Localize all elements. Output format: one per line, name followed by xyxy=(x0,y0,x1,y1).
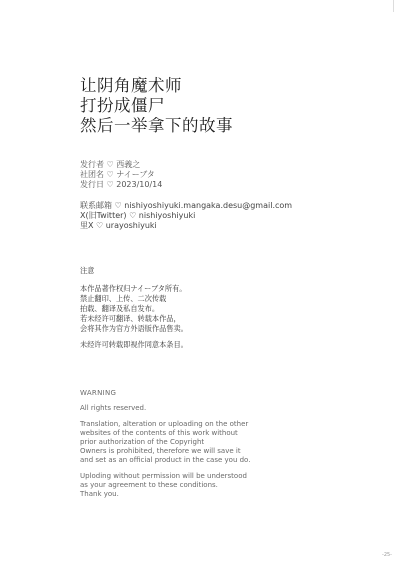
rights-line: All rights reserved. xyxy=(80,404,250,413)
warning-line: Thank you. xyxy=(80,490,250,499)
warning-line: prior authorization of the Copyright xyxy=(80,438,250,447)
warning-line: as your agreement to these conditions. xyxy=(80,481,250,490)
title-line-3: 然后一举拿下的故事 xyxy=(80,116,233,136)
page-number: -25- xyxy=(382,552,392,558)
alt-account-line: 里X ♡ urayoshiyuki xyxy=(80,221,292,231)
warning-line: Owners is prohibited, therefore we will … xyxy=(80,447,250,456)
warning-line: Translation, alteration or uploading on … xyxy=(80,420,250,429)
document-page: 让阴角魔术师 打扮成僵尸 然后一举拿下的故事 发行者 ♡ 西義之 社团名 ♡ ナ… xyxy=(0,0,400,565)
warning-line: websites of the contents of this work wi… xyxy=(80,429,250,438)
notice-title: 注意 xyxy=(80,266,188,276)
notice-line: 会将其作为官方外语版作品售卖。 xyxy=(80,324,188,334)
warning-section: WARNING All rights reserved. Translation… xyxy=(80,389,250,499)
notice-section: 注意 本作品著作权归ナイーブタ所有。 禁止翻印、上传、二次传载 拍载、翻译及私自… xyxy=(80,266,188,350)
book-title: 让阴角魔术师 打扮成僵尸 然后一举拿下的故事 xyxy=(80,76,233,136)
notice-footer: 未经许可转载即视作同意本条目。 xyxy=(80,340,188,350)
contact-info: 联系邮箱 ♡ nishiyoshiyuki.mangaka.desu@gmail… xyxy=(80,201,292,231)
title-line-1: 让阴角魔术师 xyxy=(80,76,233,96)
publisher-line: 发行者 ♡ 西義之 xyxy=(80,160,162,170)
notice-line: 禁止翻印、上传、二次传载 xyxy=(80,294,188,304)
email-line: 联系邮箱 ♡ nishiyoshiyuki.mangaka.desu@gmail… xyxy=(80,201,292,211)
twitter-line: X(旧Twitter) ♡ nishiyoshiyuki xyxy=(80,211,292,221)
warning-line: Uploding without permission will be unde… xyxy=(80,472,250,481)
notice-line: 若未经许可翻译、转载本作品， xyxy=(80,314,188,324)
page-edge-mark xyxy=(393,0,400,12)
circle-line: 社团名 ♡ ナイーブタ xyxy=(80,170,162,180)
warning-line: and set as an official product in the ca… xyxy=(80,456,250,465)
notice-line: 本作品著作权归ナイーブタ所有。 xyxy=(80,284,188,294)
warning-title: WARNING xyxy=(80,389,250,398)
date-line: 发行日 ♡ 2023/10/14 xyxy=(80,180,162,190)
title-line-2: 打扮成僵尸 xyxy=(80,96,233,116)
notice-line: 拍载、翻译及私自发布。 xyxy=(80,304,188,314)
publication-info: 发行者 ♡ 西義之 社团名 ♡ ナイーブタ 发行日 ♡ 2023/10/14 xyxy=(80,160,162,190)
